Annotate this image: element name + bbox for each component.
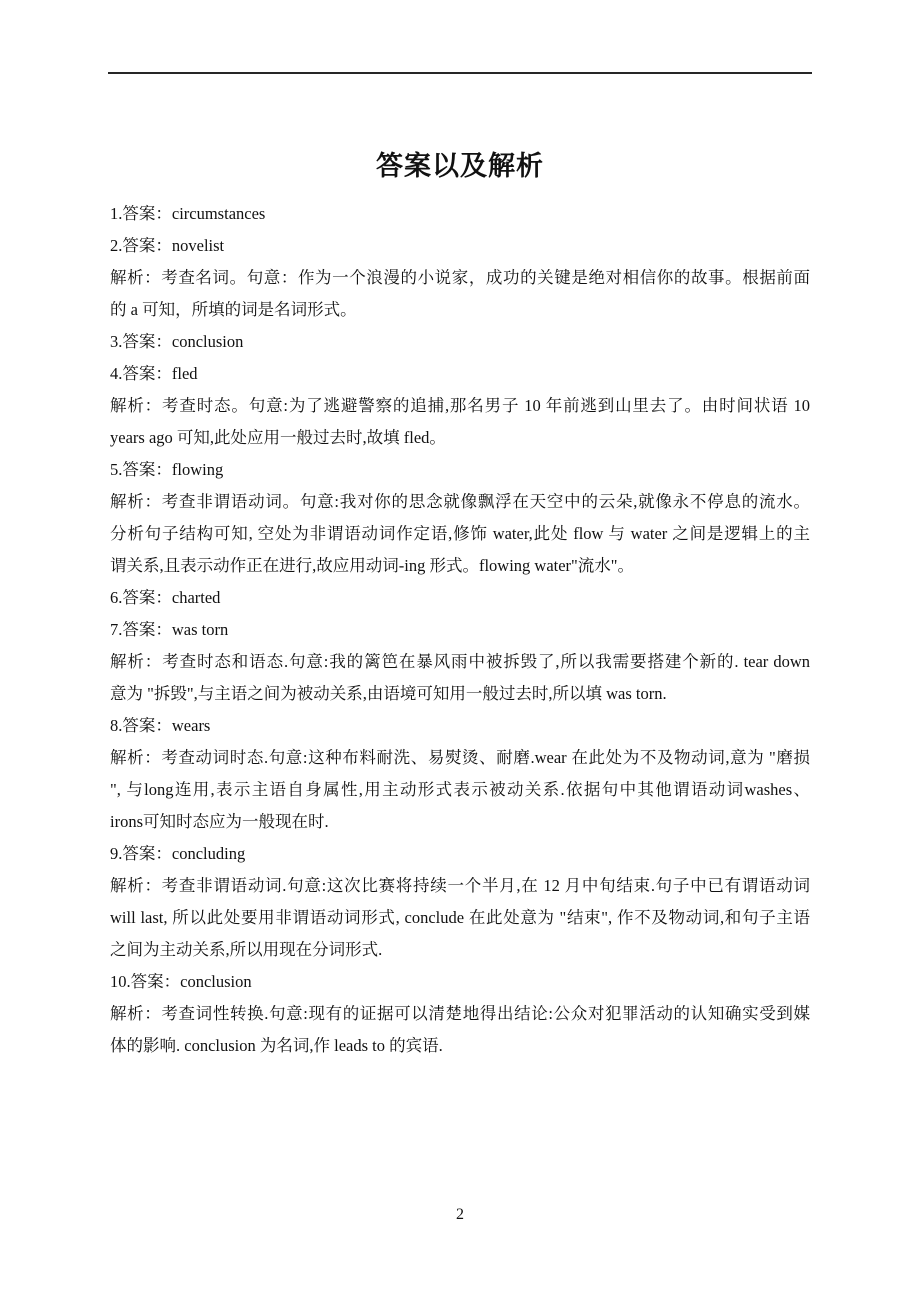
text-line: 1.答案：circumstances: [110, 198, 810, 230]
answer-explanations: 1.答案：circumstances2.答案：novelist解析：考查名词。句…: [110, 198, 810, 1062]
text-line: 7.答案：was torn: [110, 614, 810, 646]
text-line: 解析：考查动词时态.句意:这种布料耐洗、易熨烫、耐磨.wear 在此处为不及物动…: [110, 742, 810, 774]
text-line: 的 a 可知，所填的词是名词形式。: [110, 294, 810, 326]
text-line: 解析：考查时态和语态.句意:我的篱笆在暴风雨中被拆毁了,所以我需要搭建个新的. …: [110, 646, 810, 678]
text-line: 3.答案：conclusion: [110, 326, 810, 358]
text-line: 解析：考查非谓语动词.句意:这次比赛将持续一个半月,在 12 月中旬结束.句子中…: [110, 870, 810, 902]
text-line: 谓关系,且表示动作正在进行,故应用动词-ing 形式。flowing water…: [110, 550, 810, 582]
text-line: 6.答案：charted: [110, 582, 810, 614]
header-rule: [108, 72, 812, 74]
page-number: 2: [0, 1206, 920, 1224]
text-line: 2.答案：novelist: [110, 230, 810, 262]
text-line: irons可知时态应为一般现在时.: [110, 806, 810, 838]
text-line: 9.答案：concluding: [110, 838, 810, 870]
text-line: years ago 可知,此处应用一般过去时,故填 fled。: [110, 422, 810, 454]
text-line: 之间为主动关系,所以用现在分词形式.: [110, 934, 810, 966]
text-line: 10.答案：conclusion: [110, 966, 810, 998]
text-line: 体的影响. conclusion 为名词,作 leads to 的宾语.: [110, 1030, 810, 1062]
text-line: 分析句子结构可知, 空处为非谓语动词作定语,修饰 water,此处 flow 与…: [110, 518, 810, 550]
page-title: 答案以及解析: [0, 148, 920, 184]
text-line: 8.答案：wears: [110, 710, 810, 742]
text-line: 解析：考查词性转换.句意:现有的证据可以清楚地得出结论:公众对犯罪活动的认知确实…: [110, 998, 810, 1030]
text-line: will last, 所以此处要用非谓语动词形式, conclude 在此处意为…: [110, 902, 810, 934]
text-line: 解析：考查名词。句意：作为一个浪漫的小说家，成功的关键是绝对相信你的故事。根据前…: [110, 262, 810, 294]
text-line: 4.答案：fled: [110, 358, 810, 390]
text-line: 解析：考查时态。句意:为了逃避警察的追捕,那名男子 10 年前逃到山里去了。由时…: [110, 390, 810, 422]
text-line: 解析：考查非谓语动词。句意:我对你的思念就像飘浮在天空中的云朵,就像永不停息的流…: [110, 486, 810, 518]
text-line: ", 与long连用,表示主语自身属性,用主动形式表示被动关系.依据句中其他谓语…: [110, 774, 810, 806]
text-line: 5.答案：flowing: [110, 454, 810, 486]
text-line: 意为 "拆毁",与主语之间为被动关系,由语境可知用一般过去时,所以填 was t…: [110, 678, 810, 710]
